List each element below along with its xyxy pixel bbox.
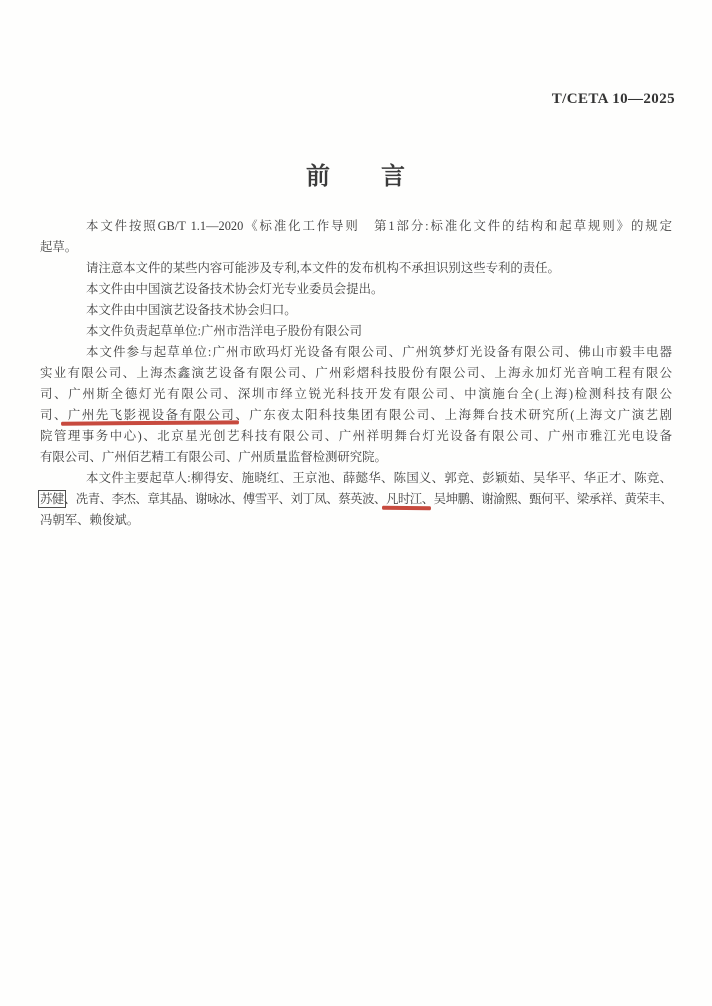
text-segment: 、广东夜太阳科技集团有限公司、上海舞台技术研究所(上海文广演艺剧	[235, 408, 672, 422]
paragraph-line: 本文件主要起草人:柳得安、施晓红、王京池、薛懿华、陈国义、郭竞、彭颖茹、吴华平、…	[40, 468, 672, 489]
page-title: 前 言	[0, 156, 712, 191]
paragraph-line: 有限公司、广州佰艺精工有限公司、广州质量监督检测研究院。	[40, 447, 672, 468]
paragraph-line: 冯朝军、赖俊斌。	[40, 510, 672, 531]
paragraph-line: 司、广州斯全德灯光有限公司、深圳市绎立锐光科技开发有限公司、中演施台全(上海)检…	[40, 384, 672, 405]
paragraph-line: 请注意本文件的某些内容可能涉及专利,本文件的发布机构不承担识别这些专利的责任。	[40, 258, 672, 279]
foreword-body: 本文件按照GB/T 1.1—2020《标准化工作导则 第1部分:标准化文件的结构…	[40, 216, 672, 531]
text-segment: 、吴坤鹏、谢渝熙、甄何平、梁承祥、黄荣丰、	[422, 492, 672, 506]
text-segment: 司、	[40, 408, 68, 422]
red-underlined-name: 凡时江	[386, 492, 422, 506]
text-segment: 、冼青、李杰、章其晶、谢咏冰、傅雪平、刘丁凤、蔡英波、	[64, 492, 386, 506]
paragraph-line: 实业有限公司、上海杰鑫演艺设备有限公司、广州彩熠科技股份有限公司、上海永加灯光音…	[40, 363, 672, 384]
paragraph-line: 本文件参与起草单位:广州市欧玛灯光设备有限公司、广州筑梦灯光设备有限公司、佛山市…	[40, 342, 672, 363]
document-page: T/CETA 10—2025 前 言 本文件按照GB/T 1.1—2020《标准…	[0, 0, 712, 1006]
paragraph-line: 起草。	[40, 237, 672, 258]
paragraph-line: 苏健、冼青、李杰、章其晶、谢咏冰、傅雪平、刘丁凤、蔡英波、凡时江、吴坤鹏、谢渝熙…	[40, 489, 672, 510]
paragraph-line: 院管理事务中心)、北京星光创艺科技有限公司、广州祥明舞台灯光设备有限公司、广州市…	[40, 426, 672, 447]
boxed-name: 苏健	[40, 492, 64, 506]
red-underlined-company: 广州先飞影视设备有限公司	[68, 408, 235, 422]
paragraph-line: 本文件由中国演艺设备技术协会归口。	[40, 300, 672, 321]
standard-number: T/CETA 10—2025	[552, 91, 675, 108]
paragraph-line: 本文件按照GB/T 1.1—2020《标准化工作导则 第1部分:标准化文件的结构…	[40, 216, 672, 237]
paragraph-line: 本文件由中国演艺设备技术协会灯光专业委员会提出。	[40, 279, 672, 300]
paragraph-line: 本文件负责起草单位:广州市浩洋电子股份有限公司	[40, 321, 672, 342]
paragraph-line: 司、广州先飞影视设备有限公司、广东夜太阳科技集团有限公司、上海舞台技术研究所(上…	[40, 405, 672, 426]
